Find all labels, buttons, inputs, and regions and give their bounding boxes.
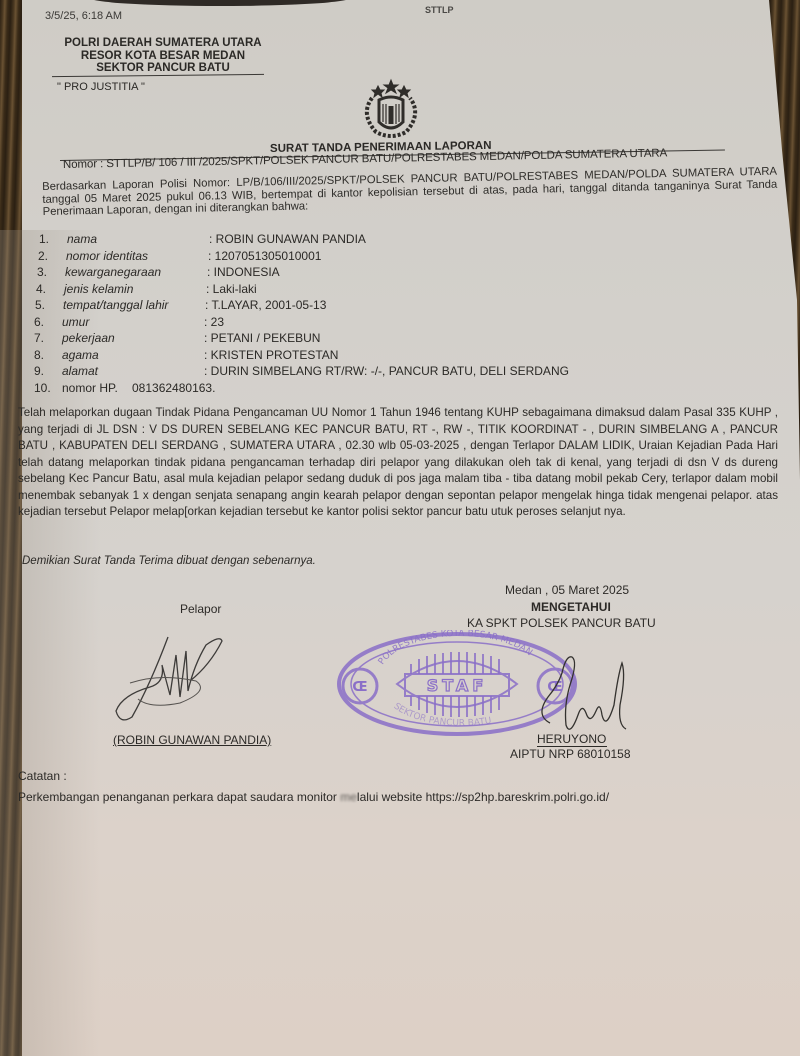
- identity-row: 3.kewarganegaraan: INDONESIA: [27, 265, 647, 282]
- identity-label: jenis kelamin: [64, 282, 133, 296]
- identity-value: : INDONESIA: [207, 265, 280, 279]
- reporter-name: (ROBIN GUNAWAN PANDIA): [113, 733, 271, 747]
- identity-number: 1.: [39, 232, 49, 246]
- identity-number: 6.: [34, 315, 44, 329]
- form-code: STTLP: [425, 5, 454, 15]
- note-text-part: Perkembangan penanganan perkara dapat sa…: [18, 790, 340, 804]
- identity-label: nomor identitas: [66, 249, 148, 263]
- reporter-signature: [110, 625, 240, 725]
- identity-value: : DURIN SIMBELANG RT/RW: -/-, PANCUR BAT…: [204, 364, 569, 378]
- identity-label: nomor HP.: [62, 381, 118, 395]
- identity-value: : PETANI / PEKEBUN: [204, 331, 320, 345]
- organization-header: POLRI DAERAH SUMATERA UTARA RESOR KOTA B…: [58, 37, 268, 75]
- note-text: Perkembangan penanganan perkara dapat sa…: [18, 790, 609, 804]
- identity-row: 1.nama: ROBIN GUNAWAN PANDIA: [29, 232, 649, 249]
- identity-value: : 1207051305010001: [208, 249, 321, 263]
- identity-number: 9.: [34, 364, 44, 378]
- identity-value: : 23: [204, 315, 224, 329]
- identity-value: : KRISTEN PROTESTAN: [204, 348, 338, 362]
- officer-title: KA SPKT POLSEK PANCUR BATU: [467, 616, 656, 630]
- identity-value: : T.LAYAR, 2001-05-13: [205, 298, 326, 312]
- acknowledged-label: MENGETAHUI: [531, 600, 611, 614]
- closing-statement: Demikian Surat Tanda Terima dibuat denga…: [22, 555, 316, 567]
- officer-name: HERUYONO: [537, 732, 606, 746]
- org-line-3: SEKTOR PANCUR BATU: [58, 62, 268, 75]
- svg-text:Œ: Œ: [352, 680, 367, 695]
- identity-label: umur: [62, 315, 89, 329]
- identity-label: agama: [62, 348, 99, 362]
- identity-number: 3.: [37, 265, 47, 279]
- identity-number: 7.: [34, 331, 44, 345]
- org-line-1: POLRI DAERAH SUMATERA UTARA: [58, 37, 268, 50]
- identity-list: 1.nama: ROBIN GUNAWAN PANDIA2.nomor iden…: [24, 232, 644, 397]
- identity-row: 2.nomor identitas: 1207051305010001: [28, 249, 648, 266]
- officer-rank-nrp: AIPTU NRP 68010158: [510, 747, 631, 761]
- identity-row: 8.agama: KRISTEN PROTESTAN: [24, 348, 644, 365]
- identity-row: 5.tempat/tanggal lahir: T.LAYAR, 2001-05…: [25, 298, 645, 315]
- identity-label: kewarganegaraan: [65, 265, 161, 279]
- note-smudge: me: [340, 790, 357, 804]
- identity-row: 9.alamat: DURIN SIMBELANG RT/RW: -/-, PA…: [24, 364, 644, 381]
- print-timestamp: 3/5/25, 6:18 AM: [45, 10, 122, 22]
- identity-number: 2.: [38, 249, 48, 263]
- police-emblem-icon: [350, 78, 432, 144]
- identity-row: 6.umur: 23: [24, 315, 644, 332]
- identity-row: 4.jenis kelamin: Laki-laki: [26, 282, 646, 299]
- identity-label: tempat/tanggal lahir: [63, 298, 168, 312]
- identity-value: 081362480163.: [132, 381, 215, 395]
- pro-justitia: " PRO JUSTITIA ": [57, 81, 145, 93]
- place-date: Medan , 05 Maret 2025: [505, 583, 629, 597]
- identity-value: : Laki-laki: [206, 282, 257, 296]
- report-description: Telah melaporkan dugaan Tindak Pidana Pe…: [18, 405, 778, 521]
- stamp-center-text: STAF: [427, 676, 488, 695]
- identity-row: 7.pekerjaan: PETANI / PEKEBUN: [24, 331, 644, 348]
- identity-number: 4.: [36, 282, 46, 296]
- identity-value: : ROBIN GUNAWAN PANDIA: [209, 232, 366, 246]
- identity-number: 8.: [34, 348, 44, 362]
- org-line-2: RESOR KOTA BESAR MEDAN: [58, 50, 268, 63]
- note-website-text: lalui website https://sp2hp.bareskrim.po…: [357, 790, 609, 804]
- identity-label: alamat: [62, 364, 98, 378]
- identity-number: 10.: [34, 381, 51, 395]
- identity-label: nama: [67, 232, 97, 246]
- reporter-label: Pelapor: [180, 602, 221, 616]
- identity-number: 5.: [35, 298, 45, 312]
- officer-signature: [530, 645, 640, 740]
- identity-row: 10.nomor HP.081362480163.: [24, 381, 644, 398]
- identity-label: pekerjaan: [62, 331, 115, 345]
- note-label: Catatan :: [18, 769, 67, 783]
